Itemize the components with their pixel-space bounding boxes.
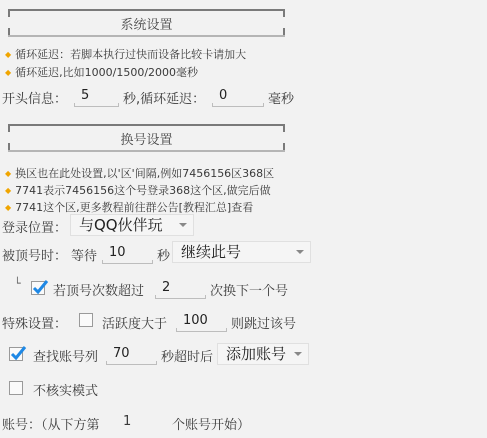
activity-checkbox[interactable] (79, 313, 93, 327)
activity-input[interactable]: 100 (176, 312, 227, 332)
account-start-prefix: 账号：（从下方第 (2, 414, 100, 433)
find-account-input[interactable]: 70 (106, 345, 157, 365)
ms-label: 毫秒 (268, 88, 294, 107)
activity-label: 活跃度大于 (102, 313, 167, 332)
kicked-action-select[interactable]: 继续此号 (172, 241, 311, 263)
timeout-label: 秒超时后 (161, 346, 213, 365)
kicked-label: 被顶号时： (2, 245, 67, 264)
account-start-suffix: 个账号开始） (172, 414, 250, 433)
note-switch-2: ◆7741表示7456156这个号登录368这个区,做完后做 (5, 182, 271, 198)
activity-suffix: 则跳过该号 (231, 313, 296, 332)
wait-seconds-input[interactable]: 10 (102, 244, 153, 264)
wait-label: 等待 (71, 245, 97, 264)
note-loop-delay-2: ◆循环延迟,比如1000/1500/2000毫秒 (5, 64, 198, 80)
login-location-label: 登录位置： (2, 217, 67, 236)
find-account-label: 查找账号列 (33, 346, 98, 365)
chevron-down-icon (296, 250, 304, 254)
kick-count-checkbox[interactable] (31, 281, 45, 295)
bullet-icon: ◆ (5, 169, 11, 178)
kick-count-suffix: 次换下一个号 (210, 280, 288, 299)
checkmark-icon (9, 344, 27, 362)
special-settings-label: 特殊设置： (2, 313, 67, 332)
system-settings-header: 系统设置 (8, 9, 285, 37)
checkmark-icon (31, 278, 49, 296)
switch-settings-header: 换号设置 (8, 124, 285, 152)
bullet-icon: ◆ (5, 186, 11, 195)
bullet-icon: ◆ (5, 203, 11, 212)
start-info-input[interactable]: 5 (74, 87, 119, 107)
bullet-icon: ◆ (5, 68, 11, 77)
no-verify-label: 不核实模式 (33, 380, 98, 399)
login-location-select[interactable]: 与QQ伙伴玩 (70, 214, 194, 236)
note-loop-delay-1: ◆循环延迟：若脚本执行过快而设备比较卡请加大 (5, 46, 246, 62)
sec-label: 秒 (157, 245, 170, 264)
no-verify-checkbox[interactable] (9, 381, 23, 395)
loop-delay-input[interactable]: 0 (212, 87, 264, 107)
system-settings-title: 系统设置 (8, 14, 285, 33)
switch-settings-title: 换号设置 (8, 129, 285, 148)
find-account-checkbox[interactable] (9, 347, 23, 361)
sec-loop-delay-label: 秒,循环延迟： (123, 88, 205, 107)
tree-branch-icon: └ (14, 277, 21, 290)
note-switch-3: ◆7741这个区,更多教程前往群公告[教程汇总]查看 (5, 199, 253, 215)
bullet-icon: ◆ (5, 50, 11, 59)
chevron-down-icon (294, 352, 302, 356)
kick-count-label: 若顶号次数超过 (53, 280, 144, 299)
timeout-action-select[interactable]: 添加账号 (217, 343, 309, 365)
note-switch-1: ◆换区也在此处设置,以'区'间隔,例如7456156区368区 (5, 165, 274, 181)
start-info-label: 开头信息： (2, 88, 67, 107)
account-start-input[interactable]: 1 (123, 414, 131, 429)
chevron-down-icon (179, 223, 187, 227)
kick-count-input[interactable]: 2 (155, 279, 206, 299)
